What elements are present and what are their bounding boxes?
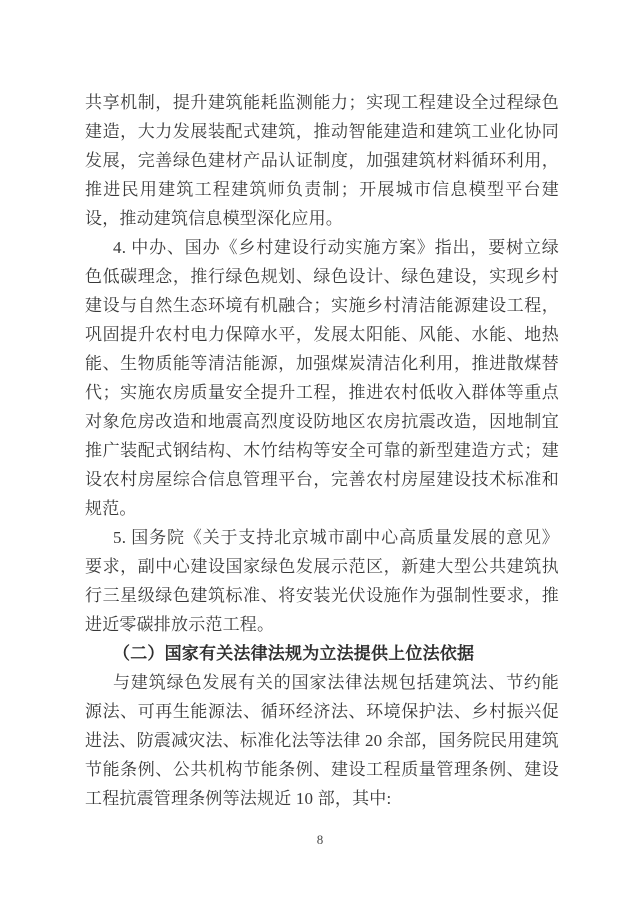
paragraph-continuation: 共享机制，提升建筑能耗监测能力；实现工程建设全过程绿色建造，大力发展装配式建筑，… [85,88,559,233]
document-page: 共享机制，提升建筑能耗监测能力；实现工程建设全过程绿色建造，大力发展装配式建筑，… [0,0,640,904]
text-column: 共享机制，提升建筑能耗监测能力；实现工程建设全过程绿色建造，大力发展装配式建筑，… [85,88,559,813]
section-heading: （二）国家有关法律法规为立法提供上位法依据 [85,639,559,668]
paragraph-laws: 与建筑绿色发展有关的国家法律法规包括建筑法、节约能源法、可再生能源法、循环经济法… [85,668,559,813]
page-number: 8 [0,832,640,848]
paragraph-item-4: 4. 中办、国办《乡村建设行动实施方案》指出，要树立绿色低碳理念，推行绿色规划、… [85,233,559,523]
paragraph-item-5: 5. 国务院《关于支持北京城市副中心高质量发展的意见》要求，副中心建设国家绿色发… [85,523,559,639]
